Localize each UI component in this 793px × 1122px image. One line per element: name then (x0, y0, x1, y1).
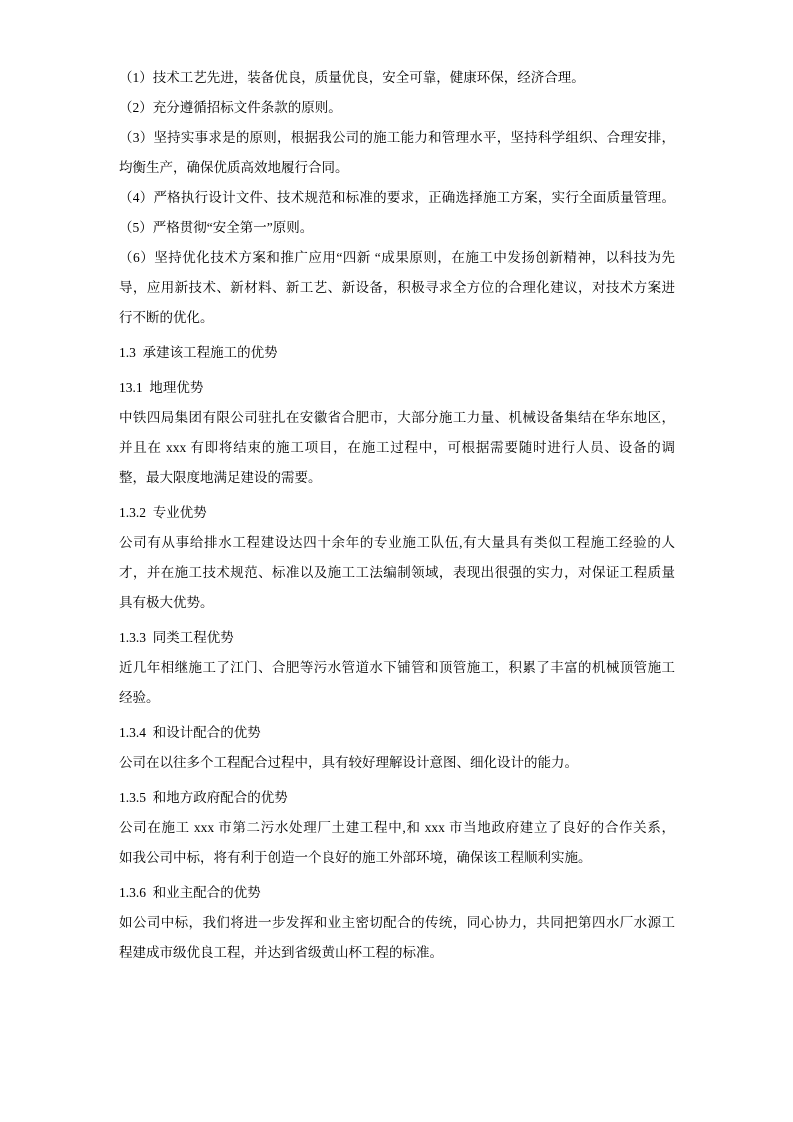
text-line: 整，最大限度地满足建设的需要。 (119, 463, 675, 493)
principle-item-6: （6）坚持优化技术方案和推广应用“四新 “成果原则，在施工中发扬创新精神，以科技… (119, 243, 675, 333)
subsection-heading: 1.3.5 和地方政府配合的优势 (119, 783, 675, 813)
subsection-heading: 1.3.6 和业主配合的优势 (119, 878, 675, 908)
subsection-government-cooperation-advantage: 1.3.5 和地方政府配合的优势 公司在施工 xxx 市第二污水处理厂土建工程中… (119, 783, 675, 873)
text-line: 导，应用新技术、新材料、新工艺、新设备，积极寻求全方位的合理化建议，对技术方案进 (119, 273, 675, 303)
principles-list: （1）技术工艺先进，装备优良，质量优良，安全可靠，健康环保，经济合理。 （2）充… (119, 63, 675, 333)
subsection-heading: 1.3.4 和设计配合的优势 (119, 718, 675, 748)
text-line: 如公司中标，我们将进一步发挥和业主密切配合的传统，同心协力，共同把第四水厂水源工 (119, 908, 675, 938)
subsection-professional-advantage: 1.3.2 专业优势 公司有从事给排水工程建设达四十余年的专业施工队伍,有大量具… (119, 498, 675, 618)
text-line: 公司在以往多个工程配合过程中，具有较好理解设计意图、细化设计的能力。 (119, 748, 675, 778)
text-line: 才，并在施工技术规范、标准以及施工工法编制领域，表现出很强的实力，对保证工程质量 (119, 558, 675, 588)
section-advantages: 1.3 承建该工程施工的优势 13.1 地理优势 中铁四局集团有限公司驻扎在安徽… (119, 338, 675, 968)
text-line: （3）坚持实事求是的原则，根据我公司的施工能力和管理水平，坚持科学组织、合理安排… (119, 123, 675, 153)
subsection-heading: 1.3.3 同类工程优势 (119, 623, 675, 653)
text-line: 均衡生产，确保优质高效地履行合同。 (119, 153, 675, 183)
text-line: （4）严格执行设计文件、技术规范和标准的要求，正确选择施工方案，实行全面质量管理… (119, 183, 675, 213)
text-line: （6）坚持优化技术方案和推广应用“四新 “成果原则，在施工中发扬创新精神，以科技… (119, 243, 675, 273)
text-line: 公司有从事给排水工程建设达四十余年的专业施工队伍,有大量具有类似工程施工经验的人 (119, 528, 675, 558)
text-line: 如我公司中标，将有利于创造一个良好的施工外部环境，确保该工程顺利实施。 (119, 843, 675, 873)
subsection-geographic-advantage: 13.1 地理优势 中铁四局集团有限公司驻扎在安徽省合肥市，大部分施工力量、机械… (119, 373, 675, 493)
text-line: 具有极大优势。 (119, 588, 675, 618)
text-line: 并且在 xxx 有即将结束的施工项目，在施工过程中，可根据需要随时进行人员、设备… (119, 433, 675, 463)
text-line: （5）严格贯彻“安全第一”原则。 (119, 213, 675, 243)
text-line: 公司在施工 xxx 市第二污水处理厂土建工程中,和 xxx 市当地政府建立了良好… (119, 813, 675, 843)
section-heading: 1.3 承建该工程施工的优势 (119, 338, 675, 368)
subsection-owner-cooperation-advantage: 1.3.6 和业主配合的优势 如公司中标，我们将进一步发挥和业主密切配合的传统，… (119, 878, 675, 968)
subsection-similar-projects-advantage: 1.3.3 同类工程优势 近几年相继施工了江门、合肥等污水管道水下铺管和顶管施工… (119, 623, 675, 713)
principle-item-4: （4）严格执行设计文件、技术规范和标准的要求，正确选择施工方案，实行全面质量管理… (119, 183, 675, 213)
principle-item-2: （2）充分遵循招标文件条款的原则。 (119, 93, 675, 123)
text-line: 经验。 (119, 683, 675, 713)
text-line: 行不断的优化。 (119, 303, 675, 333)
text-line: 近几年相继施工了江门、合肥等污水管道水下铺管和顶管施工，积累了丰富的机械顶管施工 (119, 653, 675, 683)
text-line: （1）技术工艺先进，装备优良，质量优良，安全可靠，健康环保，经济合理。 (119, 63, 675, 93)
document-page: （1）技术工艺先进，装备优良，质量优良，安全可靠，健康环保，经济合理。 （2）充… (0, 0, 793, 1122)
text-line: （2）充分遵循招标文件条款的原则。 (119, 93, 675, 123)
principle-item-3: （3）坚持实事求是的原则，根据我公司的施工能力和管理水平，坚持科学组织、合理安排… (119, 123, 675, 183)
subsection-design-cooperation-advantage: 1.3.4 和设计配合的优势 公司在以往多个工程配合过程中，具有较好理解设计意图… (119, 718, 675, 778)
principle-item-5: （5）严格贯彻“安全第一”原则。 (119, 213, 675, 243)
principle-item-1: （1）技术工艺先进，装备优良，质量优良，安全可靠，健康环保，经济合理。 (119, 63, 675, 93)
document-body: （1）技术工艺先进，装备优良，质量优良，安全可靠，健康环保，经济合理。 （2）充… (119, 63, 675, 968)
text-line: 中铁四局集团有限公司驻扎在安徽省合肥市，大部分施工力量、机械设备集结在华东地区， (119, 403, 675, 433)
subsection-heading: 13.1 地理优势 (119, 373, 675, 403)
text-line: 程建成市级优良工程，并达到省级黄山杯工程的标准。 (119, 938, 675, 968)
subsection-heading: 1.3.2 专业优势 (119, 498, 675, 528)
